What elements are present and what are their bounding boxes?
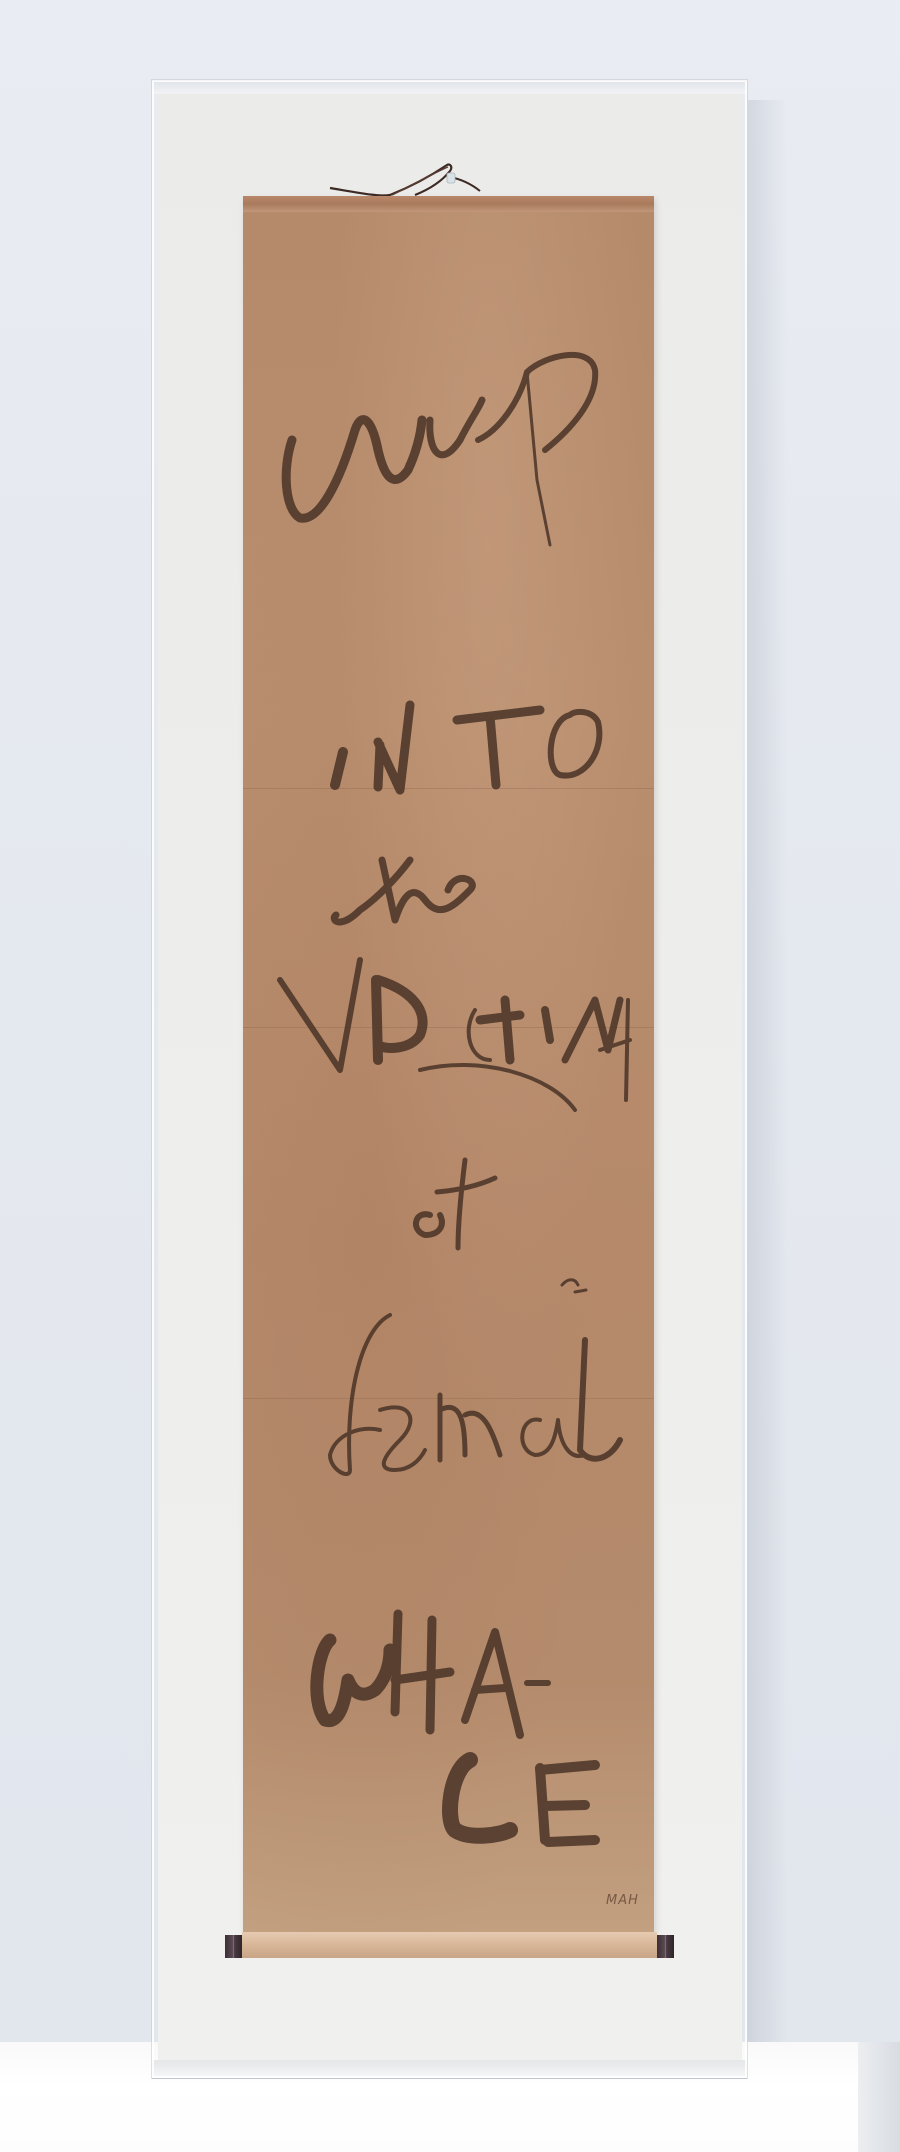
case-shadow: [748, 100, 788, 2042]
shelf-edge: [858, 2042, 900, 2152]
acrylic-display-case: [152, 80, 747, 2078]
